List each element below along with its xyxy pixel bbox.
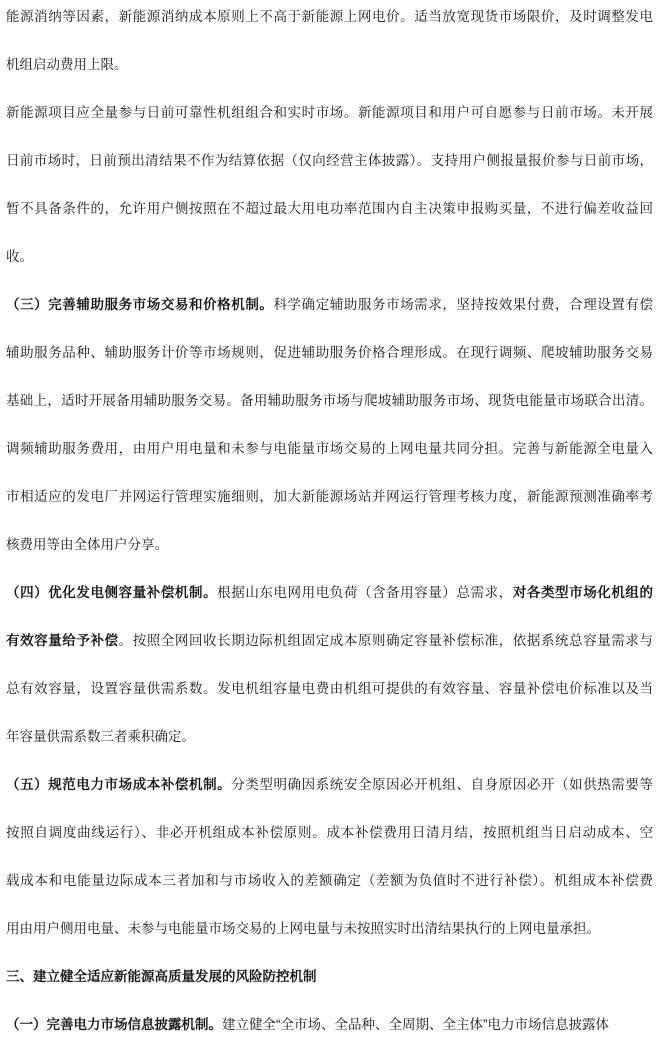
- text-segment: 总有效容量，设置容量供需系数。发电机组容量电费由机组可提供的有效容量、容量补偿电…: [6, 681, 653, 696]
- text-line: 市相适应的发电厂并网运行管理实施细则，加大新能源场站并网运行管理考核力度，新能源…: [6, 473, 653, 521]
- text-segment: 核费用等由全体用户分享。: [6, 537, 168, 552]
- text-segment: 基础上，适时开展备用辅助服务交易。备用辅助服务市场与爬坡辅助服务市场、现货电能量…: [6, 393, 653, 408]
- text-segment: 用由用户侧用电量、未参与电能量市场交易的上网电量与未按照实时出清结果执行的上网电…: [6, 921, 600, 936]
- text-segment: 根据山东电网用电负荷（含备用容量）总需求，: [217, 585, 513, 600]
- text-line: 年容量供需系数三者乘积确定。: [6, 713, 653, 761]
- text-segment: 辅助服务品种、辅助服务计价等市场规则，促进辅助服务价格合理形成。在现行调频、爬坡…: [6, 345, 653, 360]
- text-line: 按照自调度曲线运行）、非必开机组成本补偿原则。成本补偿费用日清月结，按照机组当日…: [6, 809, 653, 857]
- text-segment: 暂不具备条件的，允许用户侧按照在不超过最大用电功率范围内自主决策申报购买量，不进…: [6, 201, 653, 216]
- text-line: 三、建立健全适应新能源高质量发展的风险防控机制: [6, 953, 653, 1001]
- text-segment: 收。: [6, 249, 33, 264]
- bold-text-segment: （五）规范电力市场成本补偿机制。: [6, 777, 231, 792]
- text-segment: 市相适应的发电厂并网运行管理实施细则，加大新能源场站并网运行管理考核力度，新能源…: [6, 489, 653, 504]
- text-line: 载成本和电能量边际成本三者加和与市场收入的差额确定（差额为负值时不进行补偿）。机…: [6, 857, 653, 905]
- bold-text-segment: 有效容量给予补偿: [6, 633, 119, 648]
- text-line: 机组启动费用上限。: [6, 41, 653, 89]
- bold-text-segment: （三）完善辅助服务市场交易和价格机制。: [6, 297, 273, 312]
- text-line: 有效容量给予补偿。按照全网回收长期边际机组固定成本原则确定容量补偿标准，依据系统…: [6, 617, 653, 665]
- document-page: 能源消纳等因素，新能源消纳成本原则上不高于新能源上网电价。适当放宽现货市场限价，…: [0, 0, 660, 1054]
- text-segment: 载成本和电能量边际成本三者加和与市场收入的差额确定（差额为负值时不进行补偿）。机…: [6, 873, 653, 888]
- text-segment: 按照自调度曲线运行）、非必开机组成本补偿原则。成本补偿费用日清月结，按照机组当日…: [6, 825, 653, 840]
- text-line: 总有效容量，设置容量供需系数。发电机组容量电费由机组可提供的有效容量、容量补偿电…: [6, 665, 653, 713]
- text-line: 调频辅助服务费用，由用户用电量和未参与电能量市场交易的上网电量共同分担。完善与新…: [6, 425, 653, 473]
- bold-text-segment: （四）优化发电侧容量补偿机制。: [6, 585, 217, 600]
- text-line: 核费用等由全体用户分享。: [6, 521, 653, 569]
- bold-text-segment: 三、建立健全适应新能源高质量发展的风险防控机制: [6, 969, 317, 984]
- text-segment: 年容量供需系数三者乘积确定。: [6, 729, 195, 744]
- text-line: 暂不具备条件的，允许用户侧按照在不超过最大用电功率范围内自主决策申报购买量，不进…: [6, 185, 653, 233]
- text-segment: 机组启动费用上限。: [6, 57, 128, 72]
- text-segment: 。按照全网回收长期边际机组固定成本原则确定容量补偿标准，依据系统总容量需求与: [119, 633, 653, 648]
- text-line: 新能源项目应全量参与日前可靠性机组组合和实时市场。新能源项目和用户可自愿参与日前…: [6, 89, 653, 137]
- text-line: 辅助服务品种、辅助服务计价等市场规则，促进辅助服务价格合理形成。在现行调频、爬坡…: [6, 329, 653, 377]
- bold-text-segment: （一）完善电力市场信息披露机制。: [6, 1017, 222, 1032]
- text-line: 用由用户侧用电量、未参与电能量市场交易的上网电量与未按照实时出清结果执行的上网电…: [6, 905, 653, 953]
- text-segment: 分类型明确因系统安全原因必开机组、自身原因必开（如供热需要等: [231, 777, 653, 792]
- text-line: （四）优化发电侧容量补偿机制。根据山东电网用电负荷（含备用容量）总需求，对各类型…: [6, 569, 653, 617]
- text-line: 能源消纳等因素，新能源消纳成本原则上不高于新能源上网电价。适当放宽现货市场限价，…: [6, 0, 653, 41]
- text-line: （三）完善辅助服务市场交易和价格机制。科学确定辅助服务市场需求，坚持按效果付费，…: [6, 281, 653, 329]
- bold-text-segment: 对各类型市场化机组的: [513, 585, 653, 600]
- text-line: 日前市场时，日前预出清结果不作为结算依据（仅向经营主体披露）。支持用户侧报量报价…: [6, 137, 653, 185]
- document-body: 能源消纳等因素，新能源消纳成本原则上不高于新能源上网电价。适当放宽现货市场限价，…: [0, 0, 660, 1049]
- text-segment: 新能源项目应全量参与日前可靠性机组组合和实时市场。新能源项目和用户可自愿参与日前…: [6, 105, 653, 120]
- text-segment: 建立健全“全市场、全品种、全周期、全主体”电力市场信息披露体: [222, 1017, 609, 1032]
- text-segment: 能源消纳等因素，新能源消纳成本原则上不高于新能源上网电价。适当放宽现货市场限价，…: [6, 9, 653, 24]
- text-line: 收。: [6, 233, 653, 281]
- text-segment: 科学确定辅助服务市场需求，坚持按效果付费，合理设置有偿: [273, 297, 653, 312]
- text-line: （五）规范电力市场成本补偿机制。分类型明确因系统安全原因必开机组、自身原因必开（…: [6, 761, 653, 809]
- text-line: 基础上，适时开展备用辅助服务交易。备用辅助服务市场与爬坡辅助服务市场、现货电能量…: [6, 377, 653, 425]
- text-segment: 日前市场时，日前预出清结果不作为结算依据（仅向经营主体披露）。支持用户侧报量报价…: [6, 153, 653, 168]
- text-segment: 调频辅助服务费用，由用户用电量和未参与电能量市场交易的上网电量共同分担。完善与新…: [6, 441, 653, 456]
- text-line: （一）完善电力市场信息披露机制。建立健全“全市场、全品种、全周期、全主体”电力市…: [6, 1001, 653, 1049]
